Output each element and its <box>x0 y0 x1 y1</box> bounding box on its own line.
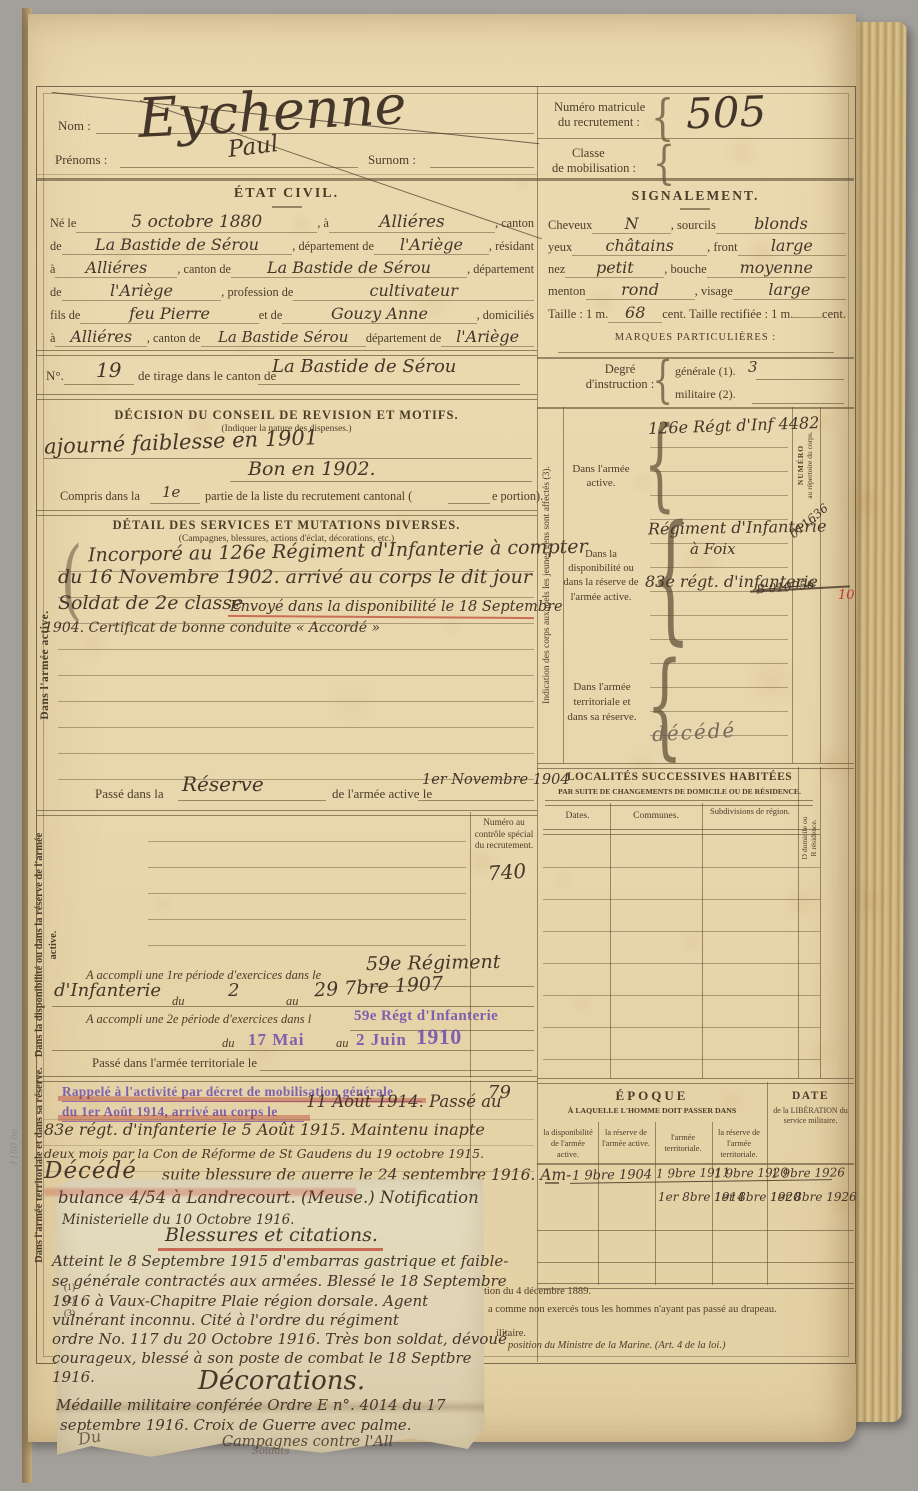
etat-row-6: à Alliéres , canton de La Bastide Sérou … <box>50 327 534 347</box>
compris-value: 1e <box>162 483 180 501</box>
value-departement: l'Ariège <box>374 235 489 255</box>
value-pere: feu Pierre <box>80 304 258 324</box>
corps-numero-divider-right <box>820 407 821 763</box>
label: fils de <box>50 308 80 323</box>
periode2-from-stamp: 17 Mai <box>248 1030 305 1050</box>
tirage-bottom-rule <box>36 394 537 400</box>
value-yeux: châtains <box>572 236 707 256</box>
epoque-col1-dash <box>545 1182 559 1184</box>
header-bottom-line <box>36 179 854 181</box>
periode2-stamp-regiment: 59e Régt d'Infanterie <box>354 1008 498 1025</box>
compris-label-a: Compris dans la <box>60 489 140 504</box>
periode1-value-2: d'Infanterie <box>54 980 161 1001</box>
periode2-du-label: du <box>222 1036 235 1051</box>
value-canton-residence: La Bastide de Sérou <box>231 258 467 278</box>
label: menton <box>548 284 586 299</box>
epoque-date-subtitle: de la LIBÉRATION du service militaire. <box>769 1106 852 1127</box>
dispo-ruled-area <box>148 816 466 948</box>
marques-label: MARQUES PARTICULIÈRES : <box>537 332 854 343</box>
blessures-line-1: Atteint le 8 Septembre 1915 d'embarras g… <box>52 1252 508 1270</box>
dispo-bottom-rule <box>36 1076 537 1082</box>
localites-divider-4 <box>820 767 821 1078</box>
prenoms-rule <box>120 167 358 168</box>
corps-margin-label: Indication des corps auxquels les jeunes… <box>542 420 556 750</box>
value-cheveux: N <box>592 214 670 234</box>
classe-label-line1: Classe <box>572 146 605 161</box>
corps-dispo-label: Dans la disponibilité ou dans la réserve… <box>563 548 639 605</box>
blessures-line-6: courageux, blessé à son poste de combat … <box>52 1349 472 1367</box>
label: , département <box>467 262 534 277</box>
epoque-divider-1 <box>598 1122 599 1285</box>
services-title: DÉTAIL DES SERVICES ET MUTATIONS DIVERSE… <box>36 518 537 533</box>
label: de <box>50 285 62 300</box>
label: , profession de <box>221 285 293 300</box>
label: Né le <box>50 216 76 231</box>
signalement-taille-row: Taille : 1 m. 68 cent. Taille rectifiée … <box>548 303 846 323</box>
services-entry-3b: Envoyé dans la disponibilité le 18 Septe… <box>230 599 563 615</box>
tirage-canton-rule <box>258 384 520 385</box>
value-departement-residence: l'Ariège <box>62 281 222 301</box>
tirage-no-rule <box>64 384 134 385</box>
compris-label-b: partie de la liste du recrutement canton… <box>205 489 412 504</box>
foxing-stains <box>0 0 4 4</box>
spine-margin-note: 1180 ou <box>10 1082 24 1212</box>
signalement-row-3: nez petit , bouche moyenne <box>548 258 846 278</box>
label: département de <box>366 331 441 346</box>
etat-civil-title: ÉTAT CIVIL. <box>36 186 537 202</box>
label: , canton de <box>177 262 231 277</box>
passe-reserve-value-1: Réserve <box>182 772 264 796</box>
red-smear <box>44 1188 356 1196</box>
label: cent. Taille rectifiée : 1 m. <box>662 307 793 322</box>
corps-active-label: Dans l'armée active. <box>565 462 637 491</box>
epoque-row-rule-1 <box>537 1230 854 1231</box>
blessures-line-2: se générale contractés aux armées. Bless… <box>52 1272 507 1290</box>
margin-label-armee-active: Dans l'armée active. <box>39 540 57 790</box>
corps-bottom-rule <box>537 763 854 769</box>
periode2-rule-2 <box>52 1050 534 1051</box>
blessures-line-5: ordre No. 117 du 20 Octobre 1916. Très b… <box>52 1330 507 1348</box>
periode2-au-label: au <box>336 1036 349 1051</box>
conseil-title: DÉCISION DU CONSEIL DE REVISION ET MOTIF… <box>36 408 537 423</box>
blessures-title: Blessures et citations. <box>165 1224 378 1246</box>
label: , résidant <box>489 239 534 254</box>
matricule-label-line1: Numéro matricule <box>554 100 645 115</box>
value-date-naissance: 5 octobre 1880 <box>76 212 317 233</box>
etat-civil-title-dash <box>272 206 302 208</box>
etat-row-2: de La Bastide de Sérou , département de … <box>50 235 534 255</box>
corps-dispo-value-1b: à Foix <box>690 540 736 558</box>
passe-territoriale-rule <box>260 1070 532 1071</box>
label: , sourcils <box>671 218 716 233</box>
matricule-divider <box>537 138 854 139</box>
footnote-marker-1: (1) <box>64 1283 75 1293</box>
epoque-title: ÉPOQUE <box>537 1088 767 1104</box>
value-profession: cultivateur <box>293 281 534 301</box>
localites-colhead-rule <box>543 829 820 835</box>
etat-row-4: de l'Ariège , profession de cultivateur <box>50 281 534 301</box>
matricule-value: 505 <box>685 87 767 139</box>
value-lieu-naissance: Alliéres <box>329 212 495 233</box>
value-nez: petit <box>565 258 664 278</box>
compris-rule-1 <box>150 503 200 504</box>
corps-terr-label: Dans l'armée territoriale et dans sa rés… <box>565 680 639 725</box>
value-departement-domicile: l'Ariège <box>441 327 534 347</box>
scanned-military-register-page: Nom : Eychenne Prénoms : Paul Surnom : N… <box>0 0 918 1491</box>
periode1-rule-2 <box>52 1006 534 1007</box>
degre-generale-value: 3 <box>748 358 758 376</box>
blessures-line-7: 1916. <box>52 1368 95 1386</box>
value-canton-domicile: La Bastide Sérou <box>201 328 366 347</box>
value-taille-rectifiee <box>793 317 822 318</box>
conseil-bottom-rule <box>36 510 537 516</box>
periode2-to-stamp: 2 Juin <box>356 1030 407 1050</box>
localites-subtitle: PAR SUITE DE CHANGEMENTS DE DOMICILE OU … <box>541 787 818 796</box>
services-entry-2: du 16 Novembre 1902. arrivé au corps le … <box>58 566 532 588</box>
passe-reserve-rule-1 <box>178 800 326 801</box>
surnom-rule <box>430 167 534 168</box>
epoque-col4-header: la réserve de l'armée territoriale. <box>712 1128 766 1160</box>
corner-note: Du <box>77 1426 103 1449</box>
controle-label: Numéro au contrôle spécial du recrutemen… <box>473 818 535 853</box>
tirage-no-label: N°. <box>46 368 64 384</box>
decorations-title: Décorations. <box>198 1366 365 1396</box>
degre-generale-rule <box>756 379 844 380</box>
label: de <box>50 239 62 254</box>
tirage-canton-value: La Bastide de Sérou <box>272 356 456 377</box>
footnote-marker-3: (3) <box>64 1309 75 1319</box>
passe-territoriale-label: Passé dans l'armée territoriale le <box>92 1056 257 1071</box>
compris-rule-2 <box>448 503 490 504</box>
conseil-decision-2: Bon en 1902. <box>248 458 376 480</box>
value-canton: La Bastide de Sérou <box>62 235 293 255</box>
degre-label-line2: d'instruction : <box>578 377 662 392</box>
localites-col-subdivisions: Subdivisions de région. <box>702 806 798 817</box>
signalement-row-2: yeux châtains , front large <box>548 236 846 256</box>
tirage-text: de tirage dans le canton de <box>138 368 276 384</box>
tirage-no-value: 19 <box>96 358 121 382</box>
label: , à <box>317 216 329 231</box>
signalement-row-1: Cheveux N , sourcils blonds <box>548 214 846 234</box>
signalement-row-4: menton rond , visage large <box>548 280 846 300</box>
epoque-date-title: DATE <box>767 1090 854 1102</box>
label: et de <box>259 308 283 323</box>
value-domicile: Alliéres <box>55 327 146 347</box>
conseil-rule-2 <box>230 481 532 482</box>
marques-blank-rule <box>558 352 834 353</box>
etat-row-1: Né le 5 octobre 1880 , à Alliéres , cant… <box>50 212 534 233</box>
epoque-col1-header: la disponibilité de l'armée active. <box>540 1128 596 1160</box>
localites-col-communes: Communes. <box>610 811 702 821</box>
degre-militaire-label: militaire (2). <box>675 387 736 402</box>
classe-label-line2: de mobilisation : <box>552 161 636 176</box>
label: , front <box>707 240 738 255</box>
periode1-value: 59e Régiment <box>366 951 501 975</box>
blessures-title-red-underline <box>158 1248 383 1251</box>
degre-militaire-rule <box>752 403 844 404</box>
degre-generale-label: générale (1). <box>675 364 736 379</box>
label: nez <box>548 262 565 277</box>
value-mere: Gouzy Anne <box>282 304 476 324</box>
signalement-title: SIGNALEMENT. <box>537 188 854 204</box>
prenoms-label: Prénoms : <box>55 152 107 168</box>
passe-reserve-label-a: Passé dans la <box>95 786 164 802</box>
matricule-label-line2: du recrutement : <box>558 115 640 130</box>
value-visage: large <box>733 280 846 300</box>
etat-row-5: fils de feu Pierre et de Gouzy Anne , do… <box>50 304 534 324</box>
label: Taille : 1 m. <box>548 307 608 322</box>
mobilisation-hand-2: 83e régt. d'infanterie le 5 Août 1915. M… <box>44 1120 485 1139</box>
decorations-line-2: septembre 1916. Croix de Guerre avec pal… <box>60 1416 412 1434</box>
corps-terr-value: décédé <box>651 718 736 746</box>
epoque-col2-header: la réserve de l'armée active. <box>598 1128 654 1150</box>
header-inner-rule <box>36 174 537 175</box>
etat-row-3: à Alliéres , canton de La Bastide de Sér… <box>50 258 534 278</box>
epoque-divider-4 <box>767 1082 768 1285</box>
value-menton: rond <box>586 280 695 300</box>
decorations-line-1: Médaille militaire conférée Ordre E n°. … <box>56 1396 446 1414</box>
epoque-bottom-rule <box>537 1283 854 1289</box>
label: , département de <box>292 239 374 254</box>
decorations-line-3: Campagnes contre l'All <box>222 1434 393 1450</box>
value-residence: Alliéres <box>55 258 177 278</box>
services-entry-4: 1904. Certificat de bonne conduite « Acc… <box>44 620 380 636</box>
corps-numero-2-red: 10 <box>838 588 855 603</box>
blessures-line-4: vulnérant inconnu. Cité à l'ordre du rég… <box>52 1311 399 1329</box>
decorations-ghost-text: Soldats <box>252 1446 290 1457</box>
epoque-subtitle: À LAQUELLE L'HOMME DOIT PASSER DANS <box>537 1106 767 1115</box>
epoque-divider-2 <box>655 1122 656 1285</box>
epoque-row1-value4: 1 9bre 1926 <box>771 1165 845 1180</box>
localites-ruled-rows <box>543 836 820 1072</box>
controle-column-divider <box>470 812 471 1078</box>
label: yeux <box>548 240 572 255</box>
services-entry-3: Soldat de 2e classe <box>58 592 243 614</box>
label: , canton <box>495 216 534 231</box>
margin-label-disponibilite: Dans la disponibilité ou dans la réserve… <box>33 820 63 1070</box>
label: , domiciliés <box>477 308 534 323</box>
localites-bottom-rule <box>537 1078 854 1084</box>
value-taille: 68 <box>608 303 662 323</box>
degre-brace <box>652 354 672 405</box>
blessures-line-3: 1916 à Vaux-Chapitre Plaie région dorsal… <box>52 1292 428 1310</box>
mobilisation-hand-1: 11 Août 1914. Passé au <box>306 1092 502 1111</box>
surnom-label: Surnom : <box>368 152 416 168</box>
compris-label-c: e portion). <box>492 489 543 504</box>
signalement-title-dash <box>680 208 710 210</box>
passe-reserve-rule-2 <box>418 800 534 801</box>
footnote-text-4: position du Ministre de la Marine. (Art.… <box>508 1340 725 1351</box>
periode2-label-a: A accompli une 2e période d'exercices da… <box>86 1012 311 1027</box>
epoque-row2-value3: 1er 8bre 1926 <box>770 1190 857 1204</box>
value-front: large <box>738 236 846 256</box>
periode1-from: 2 <box>228 980 239 1001</box>
localites-title: LOCALITÉS SUCCESSIVES HABITÉES <box>541 771 818 783</box>
controle-value: 740 <box>487 859 527 886</box>
epoque-header-rule <box>537 1163 854 1165</box>
label: , visage <box>695 284 733 299</box>
epoque-col3-header: l'armée territoriale. <box>655 1133 711 1155</box>
label: cent. <box>822 307 846 322</box>
signalement-bottom-rule <box>537 357 854 359</box>
footnote-text-2: a comme non exercés tous les hommes n'ay… <box>488 1304 777 1315</box>
footnote-marker-2: (2) <box>64 1296 75 1306</box>
label: , bouche <box>664 262 706 277</box>
localites-col-dates: Dates. <box>545 811 610 821</box>
label: , canton de <box>147 331 201 346</box>
label: Cheveux <box>548 218 592 233</box>
periode2-year-stamp: 1910 <box>416 1024 462 1050</box>
degre-label-line1: Degré <box>585 362 655 377</box>
matricule-brace <box>651 93 674 141</box>
value-sourcils: blonds <box>716 214 846 234</box>
epoque-row-rule-2 <box>537 1262 854 1263</box>
nom-label: Nom : <box>58 118 91 134</box>
value-bouche: moyenne <box>707 258 846 278</box>
